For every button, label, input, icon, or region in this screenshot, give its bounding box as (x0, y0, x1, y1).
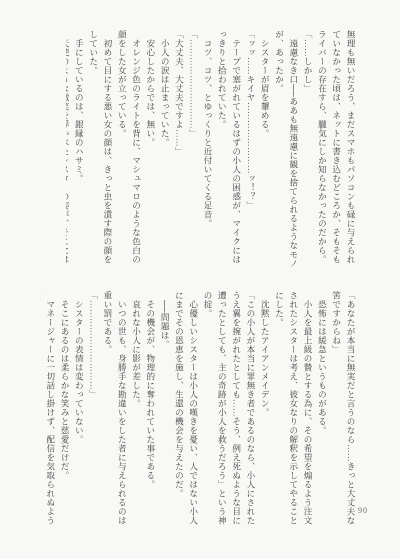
paragraph: いつの世も、身勝手な勘違いをした者に与えられるのは重い罰である。 (101, 291, 130, 527)
paragraph: 天使のような微笑を浮かべたシスターの姿が、そこには有った。 (66, 30, 72, 270)
paragraph: シスターが眉を顰める。 (258, 30, 272, 270)
paragraph: 沈黙したアイアンメイデン。 (258, 291, 272, 527)
book-page: 無理も無いだろう、まだスマホもパソコンも碌に与えられていなかった頃は、ネットに書… (0, 0, 400, 559)
paragraph: 哀れな小人に影が差した。 (129, 291, 143, 527)
paragraph: 「ッッ……キイヤ……………………ッ！？」 (244, 30, 258, 270)
paragraph: コツ、コツ、とゆっくりと近付いてくる足音。 (201, 30, 215, 270)
paragraph: 「あなたが本当に無実だと言うのなら……きっと大丈夫な筈ですからね」 (329, 291, 358, 527)
paragraph: シスターの表情は変わっていない。 (72, 291, 86, 527)
paragraph: 遠慮なき口──ああも無遠慮に観を捨てられるようなモノが、あったか。 (272, 30, 301, 270)
paragraph: その機会が、物理的に奪われていた事である。 (144, 291, 158, 527)
paragraph: ──問題は。 (158, 291, 172, 527)
paragraph: マネージャーに一切話し掛けず、配信を気取られぬよう徹した (40, 291, 58, 527)
page-number: 90 (358, 506, 368, 515)
paragraph: 「…………………………」 (186, 30, 200, 270)
paragraph: 心優しいシスターは小人の嘆きを憂い、人ではない小人にまでその恩恵を施し、生還の機… (172, 291, 201, 527)
paragraph: 無理も無いだろう、まだスマホもパソコンも碌に与えられていなかった頃は、ネットに書… (315, 30, 358, 270)
paragraph: テープで塞がれているはずの小人の困惑が、マイクにはっきりと拾われていた。 (215, 30, 244, 270)
paragraph: 初めて目にする悪い女の顔は、きっと虫を潰す際の顔をしていた。 (86, 30, 115, 270)
paragraph: 安心したからでは、無い。 (144, 30, 158, 270)
paragraph: 「この小人が本当に罪無き者であるのなら、小人にされたうえ翼を捥がれたとしても……… (201, 291, 258, 527)
paragraph: 小人の涙は止まっていた。 (158, 30, 172, 270)
paragraph: オレンジ色のライトを背に、マシュマロのような色白の顔をした女が立っている。 (115, 30, 144, 270)
paragraph: そこにあるのは柔らかな笑みと慈愛だけだ。 (58, 291, 72, 527)
paragraph: 「……しかし」 (301, 30, 315, 270)
paragraph: 「大丈夫、大丈夫ですよ……」 (172, 30, 186, 270)
paragraph: 小人を最上級の贄とする為に、その希望を煽るよう注文されたシスターは考え、彼女なり… (272, 291, 315, 527)
text-block-top: 無理も無いだろう、まだスマホもパソコンも碌に与えられていなかった頃は、ネットに書… (66, 30, 358, 270)
text-block-bottom: 「あなたが本当に無実だと言うのなら……きっと大丈夫な筈ですからね」恐怖には緩急と… (40, 291, 358, 527)
paragraph: 恐怖には緩急というものがある。 (315, 291, 329, 527)
paragraph: 手にしているのは、銀縁のハサミ。 (72, 30, 86, 270)
paragraph: 「…………………………」 (86, 291, 100, 527)
